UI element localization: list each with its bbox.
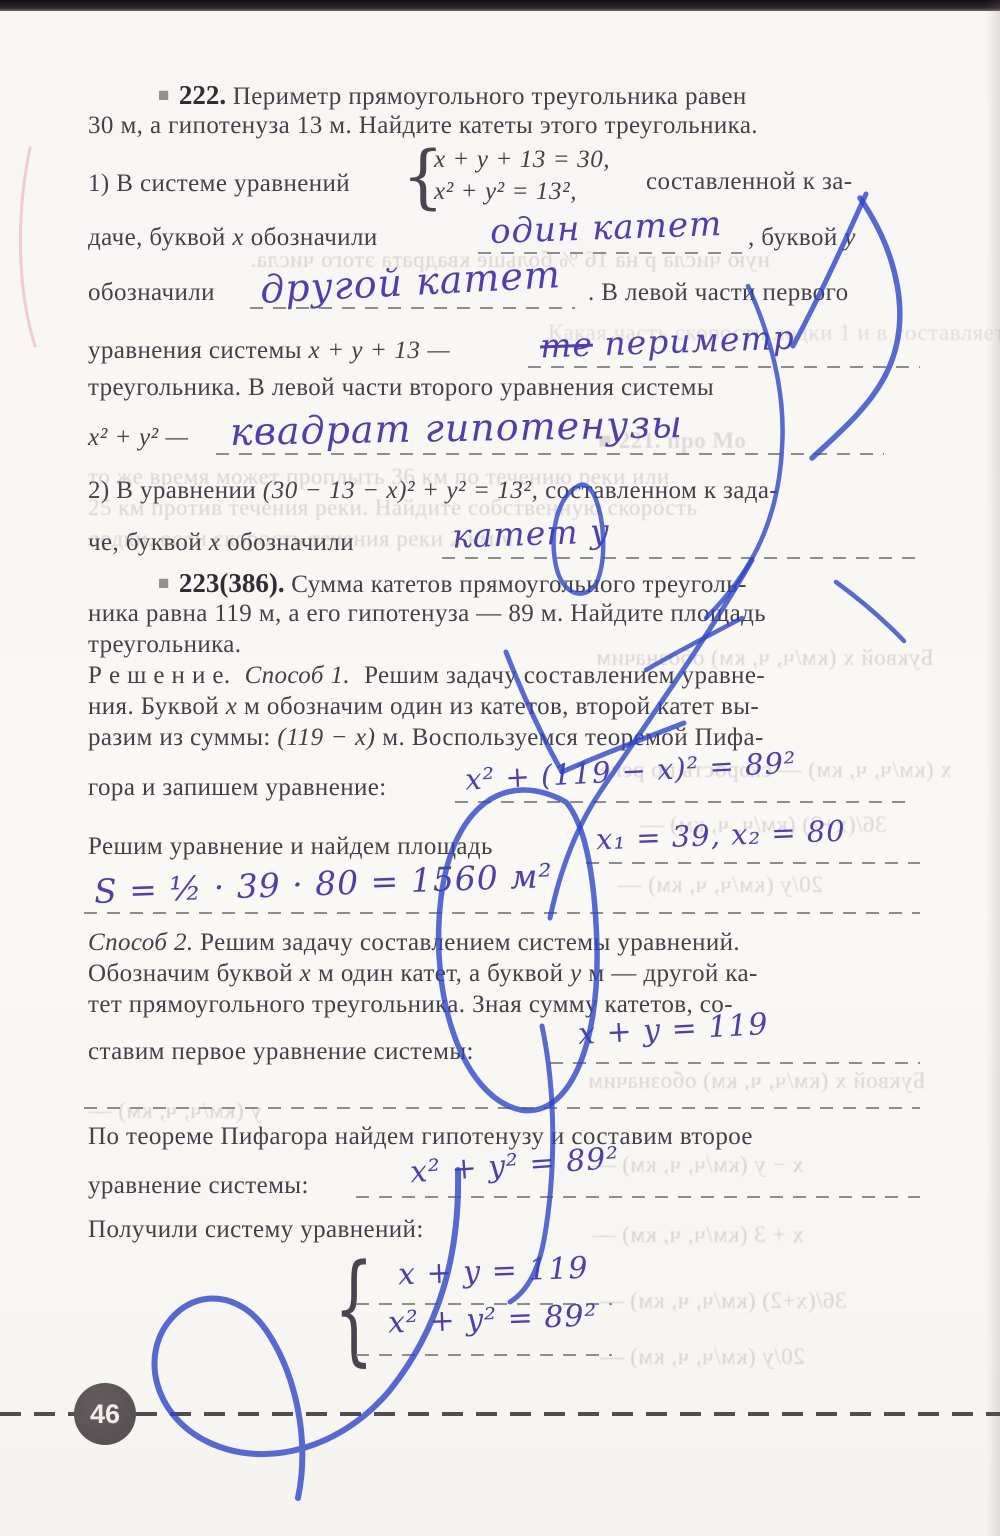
problem-223-text: треугольника. (88, 631, 241, 659)
variable-y: y (570, 960, 582, 987)
body-text: даче, буквой (88, 224, 232, 251)
answer-dashline (455, 801, 905, 803)
method-label: Способ 2. (88, 929, 194, 956)
body-line: Решим уравнение и найдем площадь (88, 833, 493, 861)
body-line: По теореме Пифагора найдем гипотенузу и … (88, 1123, 753, 1151)
body-line: уравнение системы: (88, 1172, 309, 1200)
page-number: 46 (90, 1399, 120, 1430)
handwritten-answer: катет у (451, 511, 610, 555)
body-text: м. Воспользуемся теоремой Пифа- (376, 724, 764, 751)
math-text: (119 − x) (277, 724, 375, 751)
body-line: ставим первое уравнение системы: (88, 1038, 474, 1066)
body-line: уравнения системы x + y + 13 — (88, 337, 450, 365)
math-text: x + y + 13 — (309, 337, 451, 364)
body-text: Обозначим буквой (88, 960, 300, 987)
handwritten-answer: один катет (489, 204, 723, 252)
square-bullet-icon: ■ (158, 85, 170, 106)
body-text: м — другой ка- (582, 960, 758, 987)
body-line: Способ 2. Решим задачу составлением сист… (88, 929, 740, 957)
handwritten-equation: x² + y² = 89² (387, 1298, 598, 1340)
answer-dashline (550, 1062, 920, 1064)
problem-223-heading: ■223(386). Сумма катетов прямоугольного … (158, 568, 747, 599)
variable-x: x (232, 224, 244, 251)
page-crease-mark (20, 148, 35, 346)
answer-dashline (84, 912, 920, 914)
problem-number: 222. (179, 80, 226, 110)
handwritten-roots: x₁ = 39, x₂ = 80 (595, 814, 846, 857)
body-line: даче, буквой x обозначили (88, 224, 378, 252)
handwritten-area-formula: S = ½ · 39 · 80 = 1560 м² (93, 856, 553, 911)
scan-edge-top (0, 0, 1000, 11)
answer-dashline (250, 307, 575, 309)
body-text: Решим задачу составлением уравне- (364, 662, 765, 689)
math-text: (30 − 13 − x)² + y² = 13², (263, 477, 539, 504)
answer-dashline (216, 453, 884, 455)
problem-223-text: ника равна 119 м, а его гипотенуза — 89 … (88, 600, 766, 628)
page-number-badge: 46 (74, 1383, 136, 1445)
body-line: , буквой y (748, 224, 856, 252)
system-intro: 1) В системе уравнений (88, 170, 350, 198)
body-line: 2) В уравнении (30 − 13 − x)² + y² = 13²… (88, 477, 778, 505)
ghost-text: Буквой x (км/ч, ч, км) обозначим (588, 1068, 926, 1094)
handwritten-answer: те периметр (539, 318, 795, 366)
variable-x: x (209, 529, 221, 556)
body-text: составленном к зада- (538, 477, 778, 504)
system-brace: { (334, 1238, 374, 1378)
body-line: треугольника. В левой части второго урав… (88, 374, 714, 402)
ghost-text: x + 3 (км/ч, ч, км) — (592, 1222, 804, 1248)
equation-2: x² + y² = 13², (434, 178, 577, 206)
solution-line: Р е ш е н и е.Способ 1.Решим задачу сост… (88, 662, 765, 690)
body-line: . В левой части первого (588, 279, 849, 307)
page-bottom-rule (0, 1412, 1000, 1416)
handwritten-equation: x + y = 119 (397, 1251, 589, 1293)
body-line: ния. Буквой x м обозначим один из катето… (88, 693, 759, 721)
ghost-text: x − y (км/ч, ч, км) — (592, 1152, 804, 1178)
ghost-text: у (км/ч, ч, км) — (88, 1098, 262, 1124)
ghost-text: 20/y (км/ч, ч, км) — (618, 872, 823, 898)
answer-dashline (528, 366, 920, 368)
page-edge-shade (986, 0, 1000, 1536)
crossed-out-word: те (539, 325, 593, 366)
pen-stroke (836, 582, 904, 641)
problem-number: 223(386). (179, 568, 285, 598)
body-text: , буквой (748, 224, 844, 251)
body-text: че, буквой (88, 529, 209, 556)
body-text: 2) В уравнении (88, 477, 263, 504)
math-text: x² + y² — (88, 424, 188, 452)
answer-dashline (356, 1196, 920, 1198)
ghost-text: 20/y (км/ч, ч, км) — (600, 1344, 805, 1370)
system-outro: составленной к за- (646, 168, 852, 196)
body-line: разим из суммы: (119 − x) м. Воспользуем… (88, 724, 764, 752)
solution-label: Р е ш е н и е. (88, 662, 231, 689)
equation-1: x + y + 13 = 30, (434, 146, 610, 174)
handwritten-equation: x² + (119 − x)² = 89² (464, 745, 797, 796)
body-line: гора и запишем уравнение: (88, 774, 387, 802)
answer-dashline (586, 862, 920, 864)
variable-x: x (300, 960, 312, 987)
body-text: м обозначим один из катетов, второй кате… (237, 693, 759, 720)
method-label: Способ 1. (245, 662, 351, 689)
variable-x: x (226, 693, 238, 720)
problem-text: Сумма катетов прямоугольного треуголь- (291, 571, 747, 598)
variable-y: y (844, 224, 856, 251)
answer-dashline (356, 1354, 612, 1356)
ruled-dashline (84, 1107, 920, 1109)
square-bullet-icon: ■ (158, 573, 170, 594)
body-line: че, буквой x обозначили (88, 529, 354, 557)
body-line: Обозначим буквой x м один катет, а букво… (88, 960, 758, 988)
body-text: ния. Буквой (88, 693, 226, 720)
answer-dashline (442, 557, 920, 559)
body-text: обозначили (244, 224, 378, 251)
ghost-text: 36/(x+2) (км/ч, ч, км) — (600, 1288, 846, 1314)
problem-222-heading: ■222. Периметр прямоугольного треугольни… (158, 80, 747, 111)
body-line: обозначили (88, 279, 215, 307)
body-text: разим из суммы: (88, 724, 277, 751)
body-text: м один катет, а буквой (311, 960, 570, 987)
handwritten-answer: квадрат гипотенузы (230, 402, 684, 454)
body-text: Решим задачу составлением системы уравне… (194, 929, 741, 956)
handwritten-word: периметр (592, 318, 795, 364)
workbook-page-scan: ную числа р на 16 % больше квадрата этог… (0, 0, 1000, 1536)
body-text: уравнения системы (88, 337, 309, 364)
problem-text: Периметр прямоугольного треугольника рав… (233, 83, 747, 110)
body-text: обозначили (220, 529, 354, 556)
